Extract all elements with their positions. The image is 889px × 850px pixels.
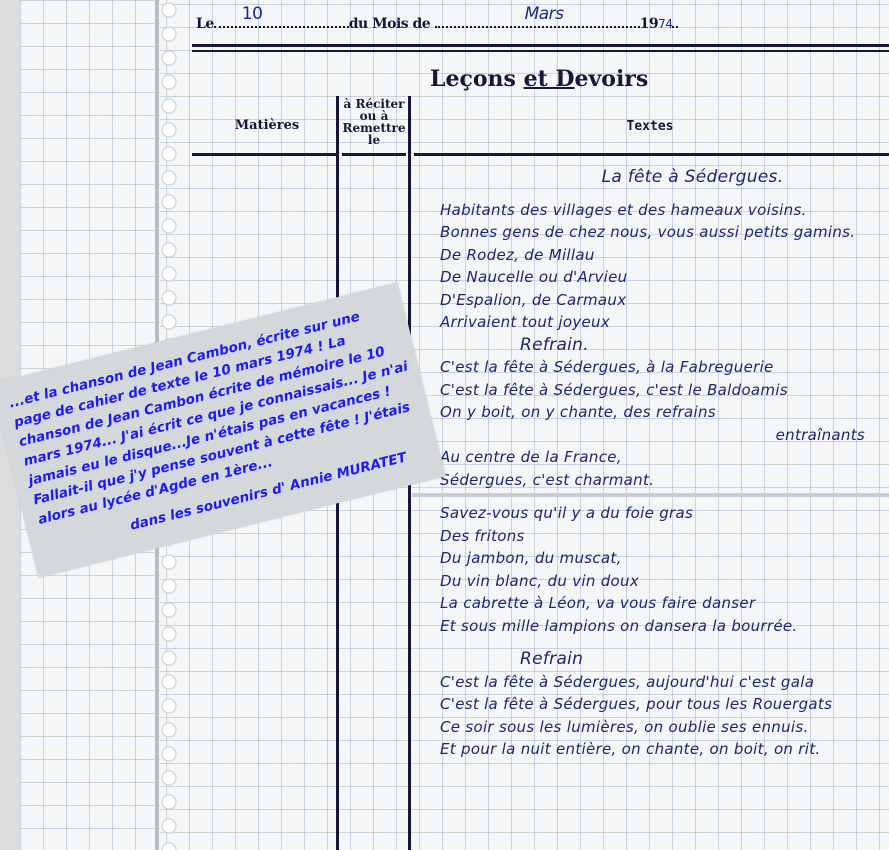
lyric-line: C'est la fête à Sédergues, c'est le Bald… (440, 379, 885, 402)
lyric-line: D'Espalion, de Carmaux (440, 289, 885, 312)
lyric-line: Du vin blanc, du vin doux (440, 570, 885, 593)
refrain-heading: Refrain. (440, 334, 885, 357)
date-line: Le 10 du Mois de Mars 1974 (196, 16, 678, 32)
lyric-line: Et pour la nuit entière, on chante, on b… (440, 738, 885, 761)
lyric-line: De Rodez, de Millau (440, 244, 885, 267)
lyric-line: De Naucelle ou d'Arvieu (440, 266, 885, 289)
month-value: Mars (525, 4, 564, 24)
lyric-line: entraînants (440, 424, 885, 447)
year-prefix: 19 (640, 16, 658, 32)
lyric-line: Au centre de la France, (440, 446, 885, 469)
lyric-line: Des fritons (440, 525, 885, 548)
day-label: Le (196, 16, 214, 32)
column-rule-matieres (192, 153, 336, 156)
stanza-gap (440, 637, 885, 648)
lyric-line: Savez-vous qu'il y a du foie gras (440, 502, 885, 525)
lyric-line: Bonnes gens de chez nous, vous aussi pet… (440, 221, 885, 244)
refrain-heading: Refrain (440, 648, 885, 671)
header-double-rule-top (192, 44, 889, 47)
header-double-rule-bottom (192, 50, 889, 52)
lyric-line: C'est la fête à Sédergues, aujourd'hui c… (440, 671, 885, 694)
day-value: 10 (242, 4, 263, 24)
column-header-a-reciter: à Réciter ou à Remettre le (340, 98, 408, 146)
month-label: du Mois de (349, 16, 430, 32)
lyric-line: Du jambon, du muscat, (440, 547, 885, 570)
lyric-line: Et sous mille lampions on dansera la bou… (440, 615, 885, 638)
lyric-line: Habitants des villages et des hameaux vo… (440, 199, 885, 222)
page-tear-edge (412, 493, 889, 497)
lyric-line: Arrivaient tout joyeux (440, 311, 885, 334)
lyric-line: C'est la fête à Sédergues, à la Fabregue… (440, 356, 885, 379)
song-title: La fête à Sédergues. (440, 166, 885, 189)
page-title: Leçons et Devoirs (430, 66, 648, 92)
song-lyrics: La fête à Sédergues. Habitants des villa… (440, 166, 885, 761)
lyric-line: On y boit, on y chante, des refrains (440, 401, 885, 424)
column-header-textes: Textes (600, 121, 700, 133)
column-header-matieres: Matières (222, 120, 312, 132)
lyric-line: Sédergues, c'est charmant. (440, 469, 885, 492)
column-rule-reciter (342, 153, 406, 156)
lyric-line: C'est la fête à Sédergues, pour tous les… (440, 693, 885, 716)
lyric-line: Ce soir sous les lumières, on oublie ses… (440, 716, 885, 739)
year-value: 74 (658, 17, 672, 31)
column-rule-textes (414, 153, 889, 156)
lyric-line: La cabrette à Léon, va vous faire danser (440, 592, 885, 615)
